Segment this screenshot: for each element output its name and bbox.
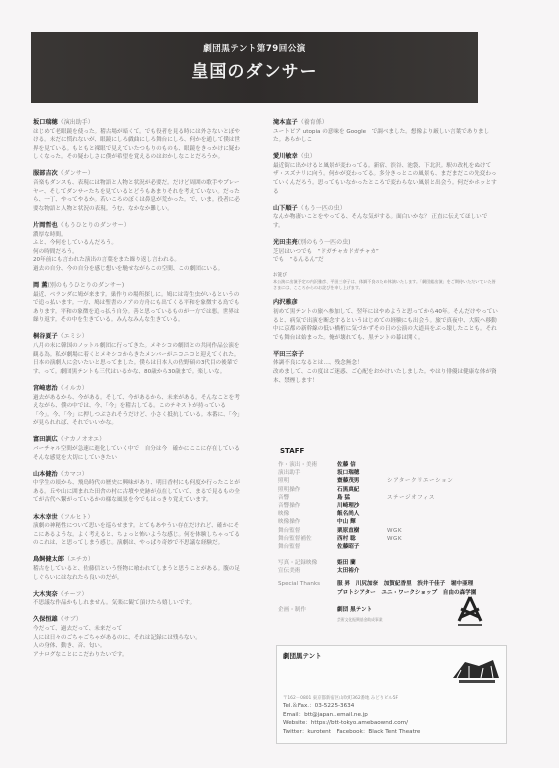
performance-subtitle: 劇団黒テント第79回公演	[31, 42, 478, 54]
cast-name: 宮崎恵治	[33, 385, 58, 392]
staff-role: 照明操作	[278, 486, 337, 494]
cast-role: (別のもうひとりのダンサー)	[48, 282, 125, 289]
black-tent-logo-icon	[449, 656, 501, 686]
cast-comment: ユートピア utopia の意味を Google で調べました。想像より厳しい言…	[273, 128, 498, 145]
cast-name: 大木実奈	[33, 591, 58, 598]
staff-row: 照明操作石黒真紀	[278, 486, 538, 494]
cast-comments-right: 滝本直子（養育係）ユートピア utopia の意味を Google で調べました…	[273, 119, 498, 394]
cast-name: 山下順子	[273, 205, 298, 212]
company-name: 劇団黒テント	[283, 651, 322, 660]
cast-entry: 久保恒雄（サブ）今だって、過去だって、未来だって 人には日々のごちゃごちゃがある…	[33, 616, 241, 659]
staff-heading: STAFF	[280, 447, 304, 455]
cast-role: （ダンサー）	[58, 170, 94, 177]
staff-row: 音響操作川崎理沙	[278, 502, 538, 510]
staff-role: 音響操作	[278, 502, 337, 510]
cast-name: 久保恒雄	[33, 616, 58, 623]
staff-role: 舞台監督	[278, 543, 337, 551]
staff-name: 西村 聡	[337, 535, 387, 543]
cast-name: 山本健治	[33, 471, 58, 478]
staff-name: 中山 輝	[337, 518, 387, 526]
cast-role: (別のもう一匹の虫)	[298, 239, 351, 246]
produce-name: 劇団 黒テント	[337, 606, 372, 614]
spacer	[278, 551, 538, 559]
staff-role: 作・演出・美術	[278, 461, 337, 469]
staff-row: 照明齋藤茂男シアタークリエーション	[278, 477, 538, 485]
staff-role: 舞台監督補佐	[278, 535, 337, 543]
cast-comments-left: 坂口瑞穂（演出助手）はじめて老眼鏡を使った。稽古場が暗くて。でも役者を見る時には…	[33, 119, 241, 668]
cast-name: 愛川敏幸	[273, 153, 298, 160]
staff-role: 照明	[278, 477, 337, 485]
cast-name: 服部吉次	[33, 170, 58, 177]
cast-role: （エチカ）	[64, 556, 94, 563]
staff-row: 舞台監督補佐西村 聡WGK	[278, 535, 538, 543]
cast-entry: 滝本直子（養育係）ユートピア utopia の意味を Google で調べました…	[273, 119, 498, 145]
cast-name: 鳥飼健太郎	[33, 556, 64, 563]
staff-row: 音響島 猛ステージオフィス	[278, 494, 538, 502]
staff-list: 作・演出・美術佐藤 信 演出助手坂口瑞穂 照明齋藤茂男シアタークリエーション 照…	[278, 461, 538, 614]
cast-entry: 愛川敏幸（虫）最近街に出かけると風景が変わってる。新宿、渋谷、池袋、下北沢。駅の…	[273, 153, 498, 196]
cast-name: 片岡哲也	[33, 222, 58, 229]
staff-role: 舞台監督	[278, 527, 337, 535]
cast-role: （サブ）	[58, 616, 82, 623]
staff-name: 齋藤茂男	[337, 477, 387, 485]
staff-name: 飯名尚人	[337, 510, 387, 518]
staff-name: 島 猛	[337, 494, 387, 502]
staff-role: 音響	[278, 494, 337, 502]
staff-role: 演出助手	[278, 469, 337, 477]
staff-row: 映像飯名尚人	[278, 510, 538, 518]
staff-role: 宣伝美術	[278, 567, 337, 575]
apology-text: 本公演に出演予定の内沢雅彦、平田三奈子は、体調不良のため休演いたします。「劇団総…	[273, 279, 498, 291]
play-title: 皇国のダンサー	[31, 57, 478, 82]
cast-entry: 大木実奈（チーフ）不思議な作品かもしれません。気楽に観て頂けたら嬉しいです。	[33, 591, 241, 608]
cast-entry: 山本健治（カマコ）中学生の頃から、飛鳥時代の歴史に興味があり、明日香村にも何度か…	[33, 471, 241, 505]
staff-name: 川崎理沙	[337, 502, 387, 510]
cast-entry: 宮崎恵治（イルカ）過去があるから、今がある。そして、今があるから、未来がある。そ…	[33, 385, 241, 428]
cast-comment: 最近、ベランダに鳩が来ます。巣作りの場所探しに。鳩には寄生虫がいるというので追っ…	[33, 291, 241, 325]
staff-row: 舞台監督佐藤昭子	[278, 543, 538, 551]
grant-note: 芸術文化振興基金助成事業	[337, 617, 383, 623]
staff-row: 写真・記録映像姫田 蘭	[278, 559, 538, 567]
title-banner: 劇団黒テント第79回公演 皇国のダンサー	[31, 32, 478, 103]
contact-details: 〒162－0801 東京都新宿区山吹町362番地 みどりビル5F Tel.＆Fa…	[283, 695, 420, 736]
staff-org: WGK	[387, 535, 402, 543]
cast-comment: 中学生の頃から、飛鳥時代の歴史に興味があり、明日香村にも何度か行ったことがある。…	[33, 479, 241, 505]
cast-comment: 芝居はいつでも “ドガチャカドガチャカ” でも “るんるん”だ	[273, 248, 498, 265]
cast-comment: 演劇の神秘性について思いを巡らせます。とてもあやうい存在だけれど、確かにそこにあ…	[33, 522, 241, 548]
cast-role: （エミシ）	[58, 333, 88, 340]
staff-name: 姫田 蘭	[337, 559, 387, 567]
special-thanks: Special Thanks 服 昇 川尻加奈 加賀紀香里 渋井千佳子 堀中亜理…	[278, 580, 538, 598]
cast-entry: 服部吉次（ダンサー）音楽もダンスも、表現には物語と人物と状況が必要だ。だけど周囲…	[33, 170, 241, 213]
staff-name: 栗原直樹	[337, 527, 387, 535]
staff-role: 映像操作	[278, 518, 337, 526]
staff-name: 佐藤昭子	[337, 543, 387, 551]
produce-label: 企画・制作	[278, 606, 337, 614]
contact-box: 劇団黒テント 〒162－0801 東京都新宿区山吹町362番地 みどりビル5F …	[276, 645, 507, 744]
cast-comment: 濃厚な時間。 ふと、今何をしているんだろう。 何の時間だろう。 20年前にも言わ…	[33, 231, 241, 274]
cast-name: 平田三奈子	[273, 351, 304, 358]
cast-entry: 本木幸世（フルヒト）演劇の神秘性について思いを巡らせます。とてもあやうい存在だけ…	[33, 514, 241, 548]
staff-name: 佐藤 信	[337, 461, 387, 469]
cast-comment: 最近街に出かけると風景が変わってる。新宿、渋谷、池袋、下北沢。駅の改札をぬけてザ…	[273, 162, 498, 196]
cast-role: （虫）	[298, 153, 316, 160]
cast-role: （もうひとりのダンサー）	[58, 222, 130, 229]
cast-entry: 光田圭亮(別のもう一匹の虫)芝居はいつでも “ドガチャカドガチャカ” でも “る…	[273, 239, 498, 265]
cast-comment: はじめて老眼鏡を使った。稽古場が暗くて。でも役者を見る時には外さないとぼやける。…	[33, 128, 241, 162]
cast-comment: 初めて黒テントの旅へ参加して、翌年にはやめようと思ってから40年。そんだけやって…	[273, 308, 498, 342]
cast-comment: 音楽もダンスも、表現には物語と人物と状況が必要だ。だけど周囲の歌手やプレーヤー、…	[33, 179, 241, 213]
staff-org: ステージオフィス	[387, 494, 435, 502]
cast-role: （養育係）	[298, 119, 328, 126]
staff-row: 演出助手坂口瑞穂	[278, 469, 538, 477]
tel-fax: Tel.＆Fax.：03-5225-3634	[283, 702, 420, 711]
cast-name: 光田圭亮	[273, 239, 298, 246]
cast-comment: 過去があるから、今がある。そして、今があるから、未来がある。そんなことを考えなが…	[33, 394, 241, 428]
cast-comment: 不思議な作品かもしれません。気楽に観て頂けたら嬉しいです。	[33, 599, 241, 608]
cast-role: （ナカノオオエ）	[58, 436, 105, 443]
cast-entry: 富田訓広（ナカノオオエ）バーチャル空間が急速に進化していく中で 自分は今 確かに…	[33, 436, 241, 462]
cast-role: （イルカ）	[58, 385, 88, 392]
cast-entry: 山下順子（もう一匹の虫）なんか物凄いことをやってる、そんな気がする。面白いかな？…	[273, 205, 498, 231]
cast-role: （チーフ）	[58, 591, 88, 598]
cast-name: 内沢雅彦	[273, 299, 298, 306]
staff-name: 坂口瑞穂	[337, 469, 387, 477]
cast-comment: 今だって、過去だって、未来だって 人には日々のごちゃごちゃがあるのに、それは記録…	[33, 625, 241, 659]
staff-row: 宣伝美術太田裕介	[278, 567, 538, 575]
cast-entry: 内沢雅彦初めて黒テントの旅へ参加して、翌年にはやめようと思ってから40年。そんだ…	[273, 299, 498, 342]
cast-comment: なんか物凄いことをやってる、そんな気がする。面白いかな？ 正直に伝えてほしいです…	[273, 213, 498, 230]
cast-entry: 平田三奈子体調不良になるとは…、残念無念！ 改めまして、この度はご迷惑、ご心配を…	[273, 351, 498, 385]
staff-org: WGK	[387, 527, 402, 535]
cast-comment: 八月の末に韓国のノットル劇団に行ってきた。メキシコの劇団との共同作品公演を観る為…	[33, 342, 241, 376]
cast-role: （カマコ）	[58, 471, 88, 478]
staff-org: シアタークリエーション	[387, 477, 453, 485]
website-link[interactable]: Website：https://btt-tokyo.amebaownd.com/	[283, 719, 420, 728]
cast-name: 滝本直子	[273, 119, 298, 126]
cast-role: （演出助手）	[58, 119, 94, 126]
staff-row: 映像操作中山 輝	[278, 518, 538, 526]
cast-role: （フルヒト）	[58, 514, 94, 521]
social-links[interactable]: Twitter：kurotent Facebook：Black Tent The…	[283, 728, 420, 737]
cast-name: 本木幸世	[33, 514, 58, 521]
cast-entry: 岡 薫(別のもうひとりのダンサー)最近、ベランダに鳩が来ます。巣作りの場所探しに…	[33, 282, 241, 325]
staff-name: 太田裕介	[337, 567, 387, 575]
staff-row: 作・演出・美術佐藤 信	[278, 461, 538, 469]
cast-name: 富田訓広	[33, 436, 58, 443]
email-link[interactable]: Email：btt@japan..email.ne.jp	[283, 711, 420, 720]
apology-notice: お詫び 本公演に出演予定の内沢雅彦、平田三奈子は、体調不良のため休演いたします。…	[273, 273, 498, 291]
cast-name: 坂口瑞穂	[33, 119, 58, 126]
cast-role: （もう一匹の虫）	[298, 205, 346, 212]
cast-entry: 桐谷夏子（エミシ）八月の末に韓国のノットル劇団に行ってきた。メキシコの劇団との共…	[33, 333, 241, 376]
cast-entry: 坂口瑞穂（演出助手）はじめて老眼鏡を使った。稽古場が暗くて。でも役者を見る時には…	[33, 119, 241, 162]
cast-name: 岡 薫	[33, 282, 48, 289]
thanks-label: Special Thanks	[278, 580, 337, 598]
cast-name: 桐谷夏子	[33, 333, 58, 340]
cast-entry: 片岡哲也（もうひとりのダンサー）濃厚な時間。 ふと、今何をしているんだろう。 何…	[33, 222, 241, 274]
arts-fund-logo-icon	[455, 595, 485, 629]
staff-role: 写真・記録映像	[278, 559, 337, 567]
cast-comment: 体調不良になるとは…、残念無念！ 改めまして、この度はご迷惑、ご心配をおかけいた…	[273, 359, 498, 385]
staff-row: 舞台監督栗原直樹WGK	[278, 527, 538, 535]
staff-name: 石黒真紀	[337, 486, 387, 494]
cast-entry: 鳥飼健太郎（エチカ）稽古をしていると、佐藤信という怪物に喰われてしまうと思うこと…	[33, 556, 241, 582]
cast-comment: 稽古をしていると、佐藤信という怪物に喰われてしまうと思うことがある。腹の足しぐら…	[33, 565, 241, 582]
staff-role: 映像	[278, 510, 337, 518]
production-credit: 企画・制作 劇団 黒テント	[278, 606, 538, 614]
cast-comment: バーチャル空間が急速に進化していく中で 自分は今 確かにここに存在している そん…	[33, 445, 241, 462]
address: 〒162－0801 東京都新宿区山吹町362番地 みどりビル5F	[283, 695, 420, 702]
